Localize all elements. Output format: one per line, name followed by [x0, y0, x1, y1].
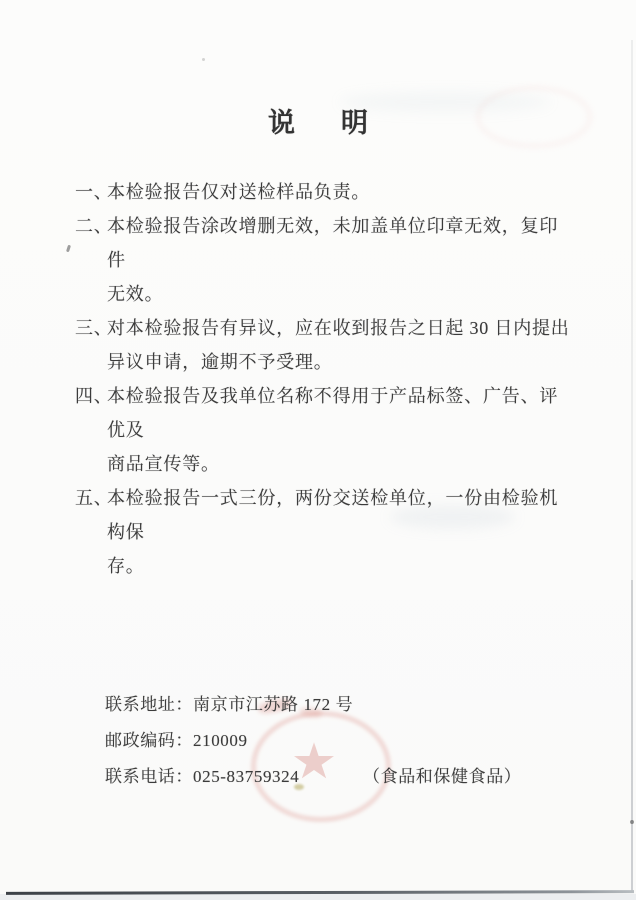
phone-value: 025-83759324: [193, 767, 299, 786]
scope-note: （食品和保健食品）: [363, 759, 521, 795]
note-line: 本检验报告及我单位名称不得用于产品标签、广告、评优及: [107, 379, 575, 447]
scan-edge-right: [631, 40, 633, 580]
note-item-1: 一、 本检验报告仅对送检样品负责。: [75, 175, 575, 209]
paper-speck: [630, 820, 634, 824]
title-char: 说: [268, 101, 295, 140]
note-item-3: 三、 对本检验报告有异议，应在收到报告之日起 30 日内提出 异议申请，逾期不予…: [75, 311, 575, 379]
note-line: 异议申请，逾期不予受理。: [107, 345, 575, 379]
postcode-label: 邮政编码：: [105, 731, 193, 750]
note-line: 本检验报告涂改增删无效，未加盖单位印章无效，复印件: [107, 209, 575, 277]
scan-edge-right: [631, 580, 633, 892]
note-item-5: 五、 本检验报告一式三份，两份交送检单位，一份由检验机构保 存。: [75, 481, 575, 583]
title-char: 明: [341, 101, 368, 140]
page-title: 说 明: [0, 101, 636, 140]
notes-list: 一、 本检验报告仅对送检样品负责。 二、 本检验报告涂改增删无效，未加盖单位印章…: [75, 175, 575, 583]
note-line: 商品宣传等。: [107, 447, 575, 481]
scan-edge-bottom-strip: [0, 894, 636, 900]
contact-phone: 联系电话：025-83759324 （食品和保健食品）: [105, 759, 585, 795]
paper-speck: [66, 245, 71, 253]
note-line: 本检验报告一式三份，两份交送检单位，一份由检验机构保: [107, 481, 575, 549]
item-number: 四、: [75, 379, 113, 413]
address-label: 联系地址：: [105, 695, 193, 714]
item-number: 五、: [75, 481, 113, 515]
item-number: 三、: [75, 311, 113, 345]
postcode-value: 210009: [193, 731, 248, 750]
paper-speck: [202, 58, 205, 61]
note-item-4: 四、 本检验报告及我单位名称不得用于产品标签、广告、评优及 商品宣传等。: [75, 379, 575, 481]
document-page: 说 明 一、 本检验报告仅对送检样品负责。 二、 本检验报告涂改增删无效，未加盖…: [0, 0, 636, 900]
contact-postcode: 邮政编码：210009: [105, 723, 585, 759]
item-number: 二、: [75, 209, 113, 243]
phone-label: 联系电话：: [105, 767, 193, 786]
note-line: 对本检验报告有异议，应在收到报告之日起 30 日内提出: [107, 311, 575, 345]
address-value: 南京市江苏路 172 号: [193, 695, 353, 714]
note-item-2: 二、 本检验报告涂改增删无效，未加盖单位印章无效，复印件 无效。: [75, 209, 575, 311]
item-number: 一、: [75, 175, 113, 209]
note-line: 存。: [107, 549, 575, 583]
note-line: 无效。: [107, 277, 575, 311]
contact-address: 联系地址：南京市江苏路 172 号: [105, 687, 585, 723]
note-line: 本检验报告仅对送检样品负责。: [107, 175, 575, 209]
contact-block: 联系地址：南京市江苏路 172 号 邮政编码：210009 联系电话：025-8…: [105, 687, 585, 795]
